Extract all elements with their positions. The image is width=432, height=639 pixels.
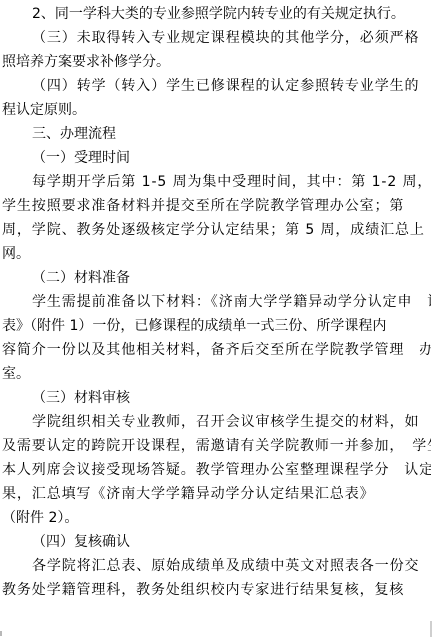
document-page: 2、同一学科大类的专业参照学院内转专业的有关规定执行。 （三）未取得转入专业规定…: [0, 0, 432, 639]
body-line: 表》（附件 1）一份，已修课程的成绩单一式三份、所学课程内: [2, 314, 431, 338]
body-line: 2、同一学科大类的专业参照学院内转专业的有关规定执行。: [2, 2, 431, 26]
body-line: 网。: [2, 242, 431, 266]
body-line: 学院组织相关专业教师，召开会议审核学生提交的材料，如 涉: [2, 410, 431, 434]
body-line: （四）转学（转入）学生已修课程的认定参照转专业学生的 课: [2, 74, 431, 98]
body-line: 程认定原则。: [2, 98, 431, 122]
page-boundary-mark-left: [0, 631, 2, 636]
body-line: 教务处学籍管理科，教务处组织校内专家进行结果复核，复核: [2, 578, 431, 602]
body-line: 学生需提前准备以下材料：《济南大学学籍异动学分认定申 请: [2, 290, 431, 314]
body-line: 果，汇总填写《济南大学学籍异动学分认定结果汇总表》: [2, 482, 431, 506]
body-line: 室。: [2, 362, 431, 386]
body-line: 学生按照要求准备材料并提交至所在学院教学管理办公室；第 3-4: [2, 194, 431, 218]
body-line: 本人列席会议接受现场答疑。教学管理办公室整理课程学分 认定结: [2, 458, 431, 482]
body-line: （三）未取得转入专业规定课程模块的其他学分，必须严格 按: [2, 26, 431, 50]
body-line: 容简介一份以及其他相关材料，备齐后交至所在学院教学管理 办公: [2, 338, 431, 362]
body-line: 每学期开学后第 1-5 周为集中受理时间，其中：第 1-2 周，: [2, 170, 431, 194]
body-line: 照培养方案要求补修学分。: [2, 50, 431, 74]
sub-heading: （一）受理时间: [2, 146, 431, 170]
sub-heading: （二）材料准备: [2, 266, 431, 290]
body-line: （附件 2）。: [2, 506, 431, 530]
body-line: 各学院将汇总表、原始成绩单及成绩中英文对照表各一份交 至: [2, 554, 431, 578]
body-line: 周，学院、教务处逐级核定学分认定结果；第 5 周，成绩汇总上: [2, 218, 431, 242]
sub-heading: （四）复核确认: [2, 530, 431, 554]
section-heading: 三、办理流程: [2, 122, 431, 146]
sub-heading: （三）材料审核: [2, 386, 431, 410]
body-line: 及需要认定的跨院开设课程，需邀请有关学院教师一并参加， 学生: [2, 434, 431, 458]
document-body: 2、同一学科大类的专业参照学院内转专业的有关规定执行。 （三）未取得转入专业规定…: [2, 2, 431, 602]
